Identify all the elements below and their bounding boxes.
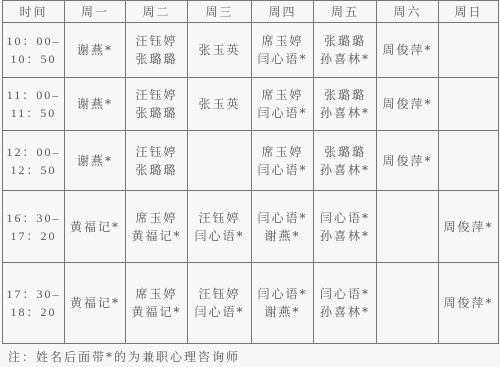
- time-slot: 11：00–11：50: [3, 78, 65, 131]
- counselor-name: 汪钰婷: [188, 209, 251, 227]
- schedule-cell: 张璐璐孙喜林*: [314, 23, 377, 78]
- schedule-cell: 席玉婷闫心语*: [252, 23, 314, 78]
- counselor-name: 张玉英: [188, 95, 251, 113]
- counselor-name: 张璐璐: [126, 161, 187, 179]
- time-text: 10：00–: [3, 32, 64, 50]
- counselor-name: 闫心语*: [314, 209, 376, 227]
- header-thursday: 周四: [252, 1, 314, 23]
- counselor-name: 谢燕*: [252, 303, 313, 321]
- table-row: 16：30–17：20黄福记*席玉婷黄福记*汪钰婷闫心语*闫心语*谢燕*闫心语*…: [3, 191, 499, 263]
- time-text: 11：00–: [3, 86, 64, 104]
- schedule-cell: 张玉英: [188, 23, 252, 78]
- time-text: 10：50: [3, 50, 64, 68]
- counselor-name: 闫心语*: [314, 285, 376, 303]
- counselor-name: 张璐璐: [314, 143, 376, 161]
- schedule-cell: 黄福记*: [65, 263, 126, 344]
- counselor-name: 谢燕*: [65, 152, 125, 170]
- time-slot: 12：00–12：50: [3, 131, 65, 191]
- table-row: 11：00–11：50谢燕*汪钰婷张璐璐张玉英席玉婷闫心语*张璐璐孙喜林*周俊萍…: [3, 78, 499, 131]
- schedule-cell: 席玉婷黄福记*: [126, 263, 188, 344]
- footnote: 注：姓名后面带*的为兼职心理咨询师: [8, 348, 240, 365]
- counselor-name: 黄福记*: [126, 227, 187, 245]
- counselor-name: 黄福记*: [65, 294, 125, 312]
- schedule-cell: 张璐璐孙喜林*: [314, 78, 377, 131]
- counselor-name: 汪钰婷: [126, 143, 187, 161]
- schedule-cell: 闫心语*孙喜林*: [314, 191, 377, 263]
- time-slot: 16：30–17：20: [3, 191, 65, 263]
- counselor-name: 周俊萍*: [439, 294, 498, 312]
- counselor-name: 汪钰婷: [126, 86, 187, 104]
- schedule-cell: 周俊萍*: [439, 191, 499, 263]
- schedule-cell: [439, 78, 499, 131]
- table-row: 10：00–10：50谢燕*汪钰婷张璐璐张玉英席玉婷闫心语*张璐璐孙喜林*周俊萍…: [3, 23, 499, 78]
- schedule-cell: 席玉婷闫心语*: [252, 78, 314, 131]
- schedule-cell: [188, 131, 252, 191]
- time-text: 12：50: [3, 161, 64, 179]
- counselor-name: 闫心语*: [252, 285, 313, 303]
- schedule-cell: [377, 191, 439, 263]
- schedule-cell: 张玉英: [188, 78, 252, 131]
- schedule-cell: 周俊萍*: [377, 23, 439, 78]
- schedule-cell: [439, 23, 499, 78]
- counselor-name: 孙喜林*: [314, 50, 376, 68]
- header-sunday: 周日: [439, 1, 499, 23]
- schedule-cell: 黄福记*: [65, 191, 126, 263]
- schedule-cell: 周俊萍*: [377, 131, 439, 191]
- schedule-cell: [377, 263, 439, 344]
- schedule-cell: 闫心语*谢燕*: [252, 263, 314, 344]
- header-monday: 周一: [65, 1, 126, 23]
- time-slot: 10：00–10：50: [3, 23, 65, 78]
- counselor-name: 张璐璐: [126, 104, 187, 122]
- counselor-name: 闫心语*: [252, 50, 313, 68]
- header-time: 时间: [3, 1, 65, 23]
- header-tuesday: 周二: [126, 1, 188, 23]
- header-row: 时间 周一 周二 周三 周四 周五 周六 周日: [3, 1, 499, 23]
- counselor-name: 席玉婷: [252, 32, 313, 50]
- time-text: 16：30–: [3, 209, 64, 227]
- schedule-cell: 闫心语*孙喜林*: [314, 263, 377, 344]
- schedule-cell: 谢燕*: [65, 23, 126, 78]
- counselor-name: 汪钰婷: [188, 285, 251, 303]
- counselor-name: 黄福记*: [65, 218, 125, 236]
- counselor-name: 周俊萍*: [377, 95, 438, 113]
- counselor-name: 孙喜林*: [314, 161, 376, 179]
- time-text: 11：50: [3, 104, 64, 122]
- schedule-cell: 闫心语*谢燕*: [252, 191, 314, 263]
- table-row: 12：00–12：50谢燕*汪钰婷张璐璐席玉婷闫心语*张璐璐孙喜林*周俊萍*: [3, 131, 499, 191]
- schedule-cell: 汪钰婷张璐璐: [126, 23, 188, 78]
- schedule-cell: 谢燕*: [65, 131, 126, 191]
- counselor-name: 席玉婷: [252, 86, 313, 104]
- schedule-cell: [439, 131, 499, 191]
- header-wednesday: 周三: [188, 1, 252, 23]
- counselor-name: 张璐璐: [126, 50, 187, 68]
- counselor-name: 谢燕*: [252, 227, 313, 245]
- schedule-cell: 张璐璐孙喜林*: [314, 131, 377, 191]
- schedule-cell: 席玉婷黄福记*: [126, 191, 188, 263]
- counselor-name: 谢燕*: [65, 95, 125, 113]
- counselor-name: 周俊萍*: [377, 41, 438, 59]
- table-row: 17：30–18：20黄福记*席玉婷黄福记*汪钰婷闫心语*闫心语*谢燕*闫心语*…: [3, 263, 499, 344]
- schedule-cell: 汪钰婷张璐璐: [126, 78, 188, 131]
- counselor-name: 张玉英: [188, 41, 251, 59]
- counselor-name: 谢燕*: [65, 41, 125, 59]
- header-friday: 周五: [314, 1, 377, 23]
- header-saturday: 周六: [377, 1, 439, 23]
- schedule-cell: 周俊萍*: [377, 78, 439, 131]
- counselor-name: 汪钰婷: [126, 32, 187, 50]
- counselor-name: 孙喜林*: [314, 227, 376, 245]
- counselor-name: 闫心语*: [188, 227, 251, 245]
- schedule-cell: 席玉婷闫心语*: [252, 131, 314, 191]
- time-slot: 17：30–18：20: [3, 263, 65, 344]
- counselor-name: 闫心语*: [252, 161, 313, 179]
- time-text: 17：20: [3, 227, 64, 245]
- counselor-name: 周俊萍*: [439, 218, 498, 236]
- time-text: 12：00–: [3, 143, 64, 161]
- schedule-cell: 汪钰婷张璐璐: [126, 131, 188, 191]
- time-text: 17：30–: [3, 285, 64, 303]
- counselor-name: 周俊萍*: [377, 152, 438, 170]
- counselor-name: 黄福记*: [126, 303, 187, 321]
- counselor-name: 席玉婷: [126, 209, 187, 227]
- time-text: 18：20: [3, 303, 64, 321]
- counselor-name: 闫心语*: [188, 303, 251, 321]
- counselor-name: 闫心语*: [252, 209, 313, 227]
- counselor-name: 孙喜林*: [314, 104, 376, 122]
- schedule-cell: 汪钰婷闫心语*: [188, 263, 252, 344]
- counselor-name: 孙喜林*: [314, 303, 376, 321]
- schedule-table: 时间 周一 周二 周三 周四 周五 周六 周日 10：00–10：50谢燕*汪钰…: [2, 0, 499, 344]
- counselor-name: 席玉婷: [252, 143, 313, 161]
- counselor-name: 席玉婷: [126, 285, 187, 303]
- counselor-name: 闫心语*: [252, 104, 313, 122]
- counselor-name: 张璐璐: [314, 86, 376, 104]
- schedule-cell: 汪钰婷闫心语*: [188, 191, 252, 263]
- schedule-cell: 谢燕*: [65, 78, 126, 131]
- schedule-cell: 周俊萍*: [439, 263, 499, 344]
- counselor-name: 张璐璐: [314, 32, 376, 50]
